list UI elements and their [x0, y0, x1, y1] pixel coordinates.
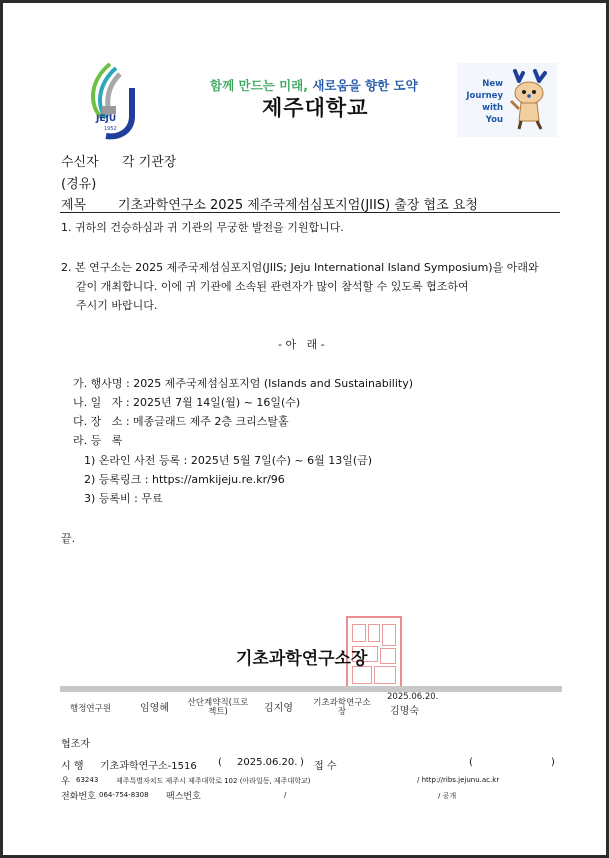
approval-date: 2025.06.20.	[387, 693, 438, 702]
drafter-name: 임영혜	[140, 704, 169, 713]
receive-label: 접 수	[314, 757, 337, 772]
detail-item: 다. 장 소 : 메종글래드 제주 2층 크리스탈홀	[73, 413, 289, 429]
subject-value: 기초과학연구소 2025 제주국제섬심포지엄(JIIS) 출장 협조 요청	[118, 194, 478, 213]
slogan-part1: 함께 만드는 미래,	[210, 78, 308, 93]
university-logo: JEJU 1952	[80, 60, 146, 140]
university-name: 제주대학교	[262, 92, 368, 122]
postal-code: 63243	[76, 776, 98, 784]
approver-title-line: 장	[312, 708, 372, 717]
enforce-date-open: (	[218, 757, 222, 768]
mascot-line: New	[465, 78, 503, 90]
reviewer-title: 산단계약직(프로 젝트)	[186, 699, 250, 717]
paragraph-1: 1. 귀하의 건승하심과 귀 기관의 무궁한 발전을 기원합니다.	[61, 219, 344, 235]
cooperator-label: 협조자	[61, 735, 90, 750]
website-link[interactable]: / http://ribs.jejunu.ac.kr	[417, 776, 499, 784]
logo-text: JEJU	[96, 114, 116, 124]
postal-label: 우	[61, 774, 70, 787]
address: 제주특별자치도 제주시 제주대학로 102 (아라일동, 제주대학교)	[116, 776, 310, 786]
phone-label: 전화번호	[61, 789, 96, 802]
detail-item: 나. 일 자 : 2025년 7월 14일(월) ~ 16일(수)	[73, 394, 300, 410]
detail-subitem: 1) 온라인 사전 등록 : 2025년 5월 7일(수) ~ 6월 13일(금…	[84, 452, 372, 468]
approval-divider	[60, 686, 562, 692]
detail-subitem: 3) 등록비 : 무료	[84, 490, 163, 506]
enforce-label: 시 행	[61, 757, 84, 772]
sender-signature: 기초과학연구소장	[236, 644, 367, 669]
fax-separator: /	[284, 791, 286, 799]
recipient-label: 수신자	[61, 151, 99, 170]
mascot-line: with	[465, 102, 503, 114]
notice-heading: - 아 래 -	[278, 336, 325, 352]
recipient-value: 각 기관장	[122, 151, 176, 170]
reviewer-title-line: 젝트)	[186, 708, 250, 717]
enforce-number: 기초과학연구소-1516	[100, 757, 197, 772]
approver-name: 김명숙	[390, 707, 419, 716]
paragraph-2-line2: 같이 개최합니다. 이에 귀 기관에 소속된 관련자가 많이 참석할 수 있도록…	[76, 278, 469, 294]
mascot-text: New Journey with You	[465, 78, 503, 126]
deer-mascot-icon	[507, 69, 553, 133]
via-label: (경유)	[61, 173, 96, 192]
mascot-line: Journey	[465, 90, 503, 102]
logo-year: 1952	[104, 126, 117, 132]
mascot-line: You	[465, 114, 503, 126]
approver-title: 기초과학연구소 장	[312, 699, 372, 717]
enforce-date: 2025.06.20.	[237, 757, 297, 768]
disclosure-status: / 공개	[438, 791, 456, 801]
subject-label: 제목	[61, 194, 86, 213]
end-mark: 끝.	[61, 530, 75, 546]
slogan-part2: 새로움을 향한 도약	[312, 78, 417, 93]
paragraph-2-line3: 주시기 바랍니다.	[76, 297, 157, 313]
registration-link[interactable]: 2) 등록링크 : https://amkijeju.re.kr/96	[84, 471, 285, 487]
fax-label: 팩스번호	[166, 789, 201, 802]
detail-item: 가. 행사명 : 2025 제주국제섬심포지엄 (Islands and Sus…	[73, 375, 413, 391]
phone-number: 064-754-8308	[99, 791, 149, 799]
drafter-title: 행정연구원	[70, 705, 111, 714]
subject-divider	[60, 212, 560, 213]
reviewer-name: 김지영	[264, 704, 293, 713]
receive-open: (	[469, 757, 473, 768]
detail-item: 라. 등 록	[73, 432, 122, 448]
mascot-banner: New Journey with You	[457, 63, 557, 137]
paragraph-2-line1: 2. 본 연구소는 2025 제주국제섬심포지엄(JIIS; Jeju Inte…	[61, 259, 539, 275]
enforce-date-close: )	[300, 757, 304, 768]
receive-close: )	[551, 757, 555, 768]
